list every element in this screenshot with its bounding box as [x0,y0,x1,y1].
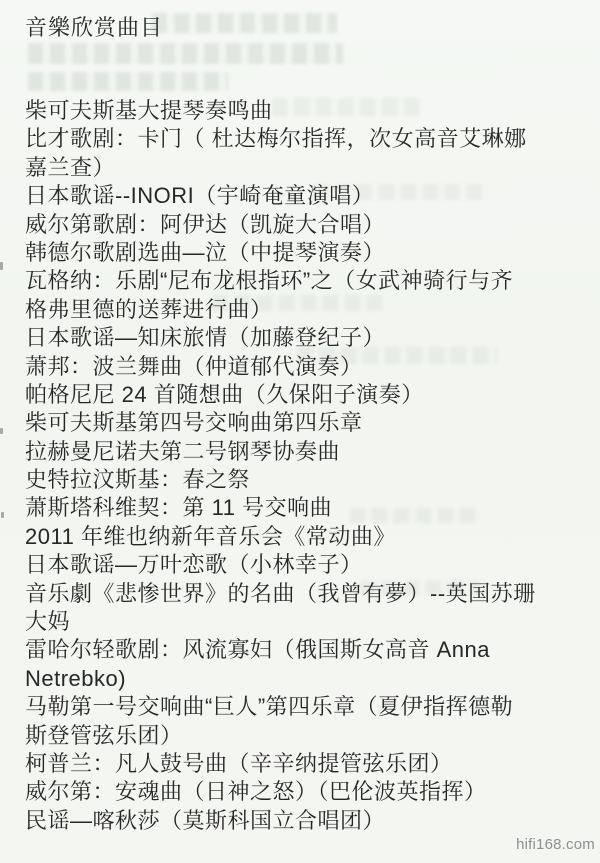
track-list-line: 斯登管弦乐团） [25,722,585,750]
track-list-line: 马勒第一号交响曲“巨人”第四乐章（夏伊指挥德勒 [25,693,585,721]
track-list-line: 威尔第歌剧：阿伊达（凯旋大合唱） [25,211,585,239]
track-list-line: 萧斯塔科维契：第 11 号交响曲 [25,494,585,522]
track-list-line: 柯普兰：凡人鼓号曲（辛辛纳提管弦乐团） [25,750,585,778]
track-list-line: 威尔第：安魂曲（日神之怒）（巴伦波英指挥） [25,778,585,806]
track-list-line: 嘉兰查） [25,154,585,182]
track-list-line: 音乐劇《悲惨世界》的名曲（我曾有夢）--英国苏珊 [25,580,585,608]
watermark: hifi168.com [516,836,595,853]
scan-artifact-speck [1,512,4,518]
track-list-line: 柴可夫斯基大提琴奏鸣曲 [25,97,585,125]
track-list-line: 韩德尔歌剧选曲—泣（中提琴演奏） [25,239,585,267]
track-list-line: 日本歌谣--INORI（宇崎奄童演唱） [25,182,585,210]
track-list-line: 雷哈尔轻歌剧：风流寡妇（俄国斯女高音 Anna [25,636,585,664]
track-list-line: 日本歌谣—万叶恋歌（小林幸子） [25,551,585,579]
track-list-line: 2011 年维也纳新年音乐会《常动曲》 [25,523,585,551]
track-list-line: 史特拉汶斯基：春之祭 [25,466,585,494]
track-list-line: 格弗里德的送葬进行曲） [25,296,585,324]
track-list-line: 拉赫曼尼诺夫第二号钢琴协奏曲 [25,438,585,466]
page-title: 音樂欣赏曲目 [25,11,163,42]
track-list-line: Netrebko) [25,665,585,693]
scan-artifact-speck [0,262,3,270]
track-list-line: 民谣—喀秋莎（莫斯科国立合唱团） [25,807,585,835]
bleed-through-smudge [28,72,228,91]
track-list-line: 瓦格纳：乐剧“尼布龙根指环”之（女武神骑行与齐 [25,267,585,295]
track-list-line: 帕格尼尼 24 首随想曲（久保阳子演奏） [25,381,585,409]
scan-artifact-speck [0,428,3,434]
bleed-through-smudge [152,13,337,33]
track-list-line: 日本歌谣—知床旅情（加藤登纪子） [25,324,585,352]
scanned-page: 音樂欣赏曲目 柴可夫斯基大提琴奏鸣曲 比才歌剧：卡门（ 杜达梅尔指挥，次女高音艾… [0,0,600,863]
track-list-line: 比才歌剧：卡门（ 杜达梅尔指挥，次女高音艾琳娜 [25,125,585,153]
track-list-line: 萧邦：波兰舞曲（仲道郁代演奏） [25,353,585,381]
bleed-through-smudge [28,43,343,64]
track-list-line: 柴可夫斯基第四号交响曲第四乐章 [25,409,585,437]
track-list-line: 大妈 [25,608,585,636]
track-list: 柴可夫斯基大提琴奏鸣曲 比才歌剧：卡门（ 杜达梅尔指挥，次女高音艾琳娜 嘉兰查）… [25,97,585,835]
